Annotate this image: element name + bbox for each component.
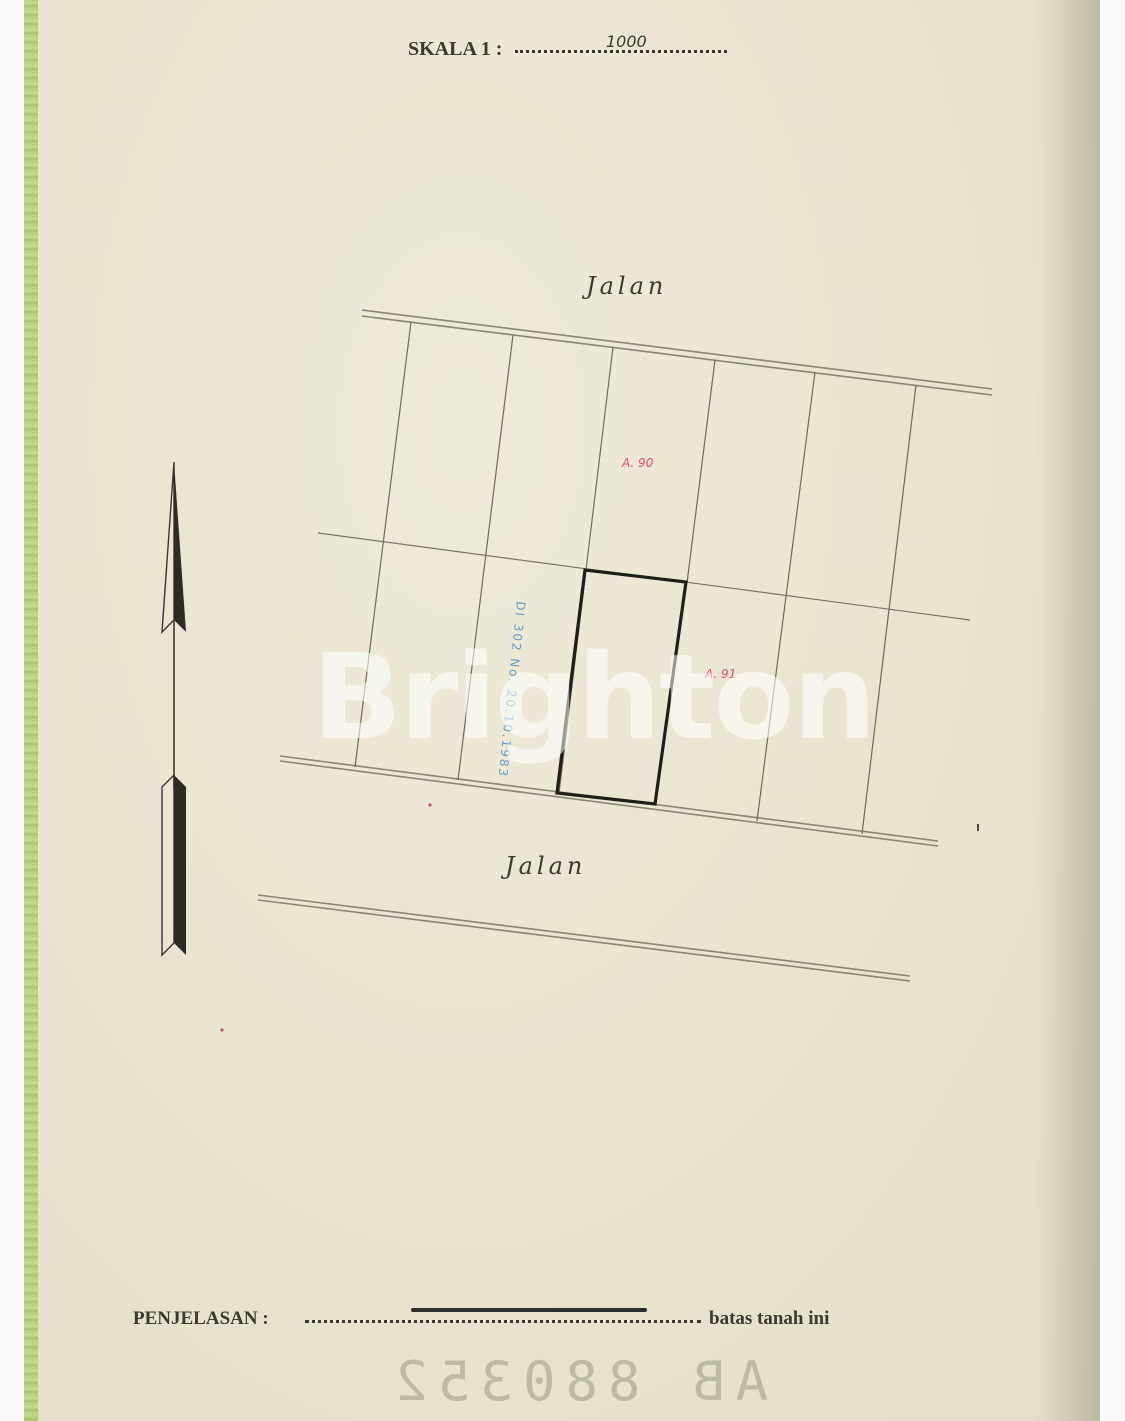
north-arrow-icon <box>162 462 186 955</box>
north-parcel-number: A. 90 <box>622 456 653 470</box>
east-parcel-number: A. 91 <box>705 667 736 681</box>
north-road-label: Jalan <box>586 272 667 300</box>
legend-dotted-line <box>305 1320 701 1323</box>
south-road-label: Jalan <box>505 852 586 880</box>
page-background: SKALA 1 : 1000 <box>0 0 1125 1421</box>
site-drawing <box>0 0 1125 1421</box>
perforated-serial-number: AB 880352 <box>378 1352 768 1412</box>
south-road-edge <box>258 895 910 981</box>
boundary-line-sample <box>411 1308 647 1312</box>
north-road-edge <box>362 310 992 395</box>
south-lot-edge <box>280 756 938 846</box>
subject-parcel-boundary <box>557 570 686 804</box>
legend-description: batas tanah ini <box>709 1308 829 1330</box>
legend-label: PENJELASAN : <box>133 1308 269 1329</box>
parcel-dividers <box>355 322 916 834</box>
legend-row: PENJELASAN : batas tanah ini <box>133 1308 853 1338</box>
